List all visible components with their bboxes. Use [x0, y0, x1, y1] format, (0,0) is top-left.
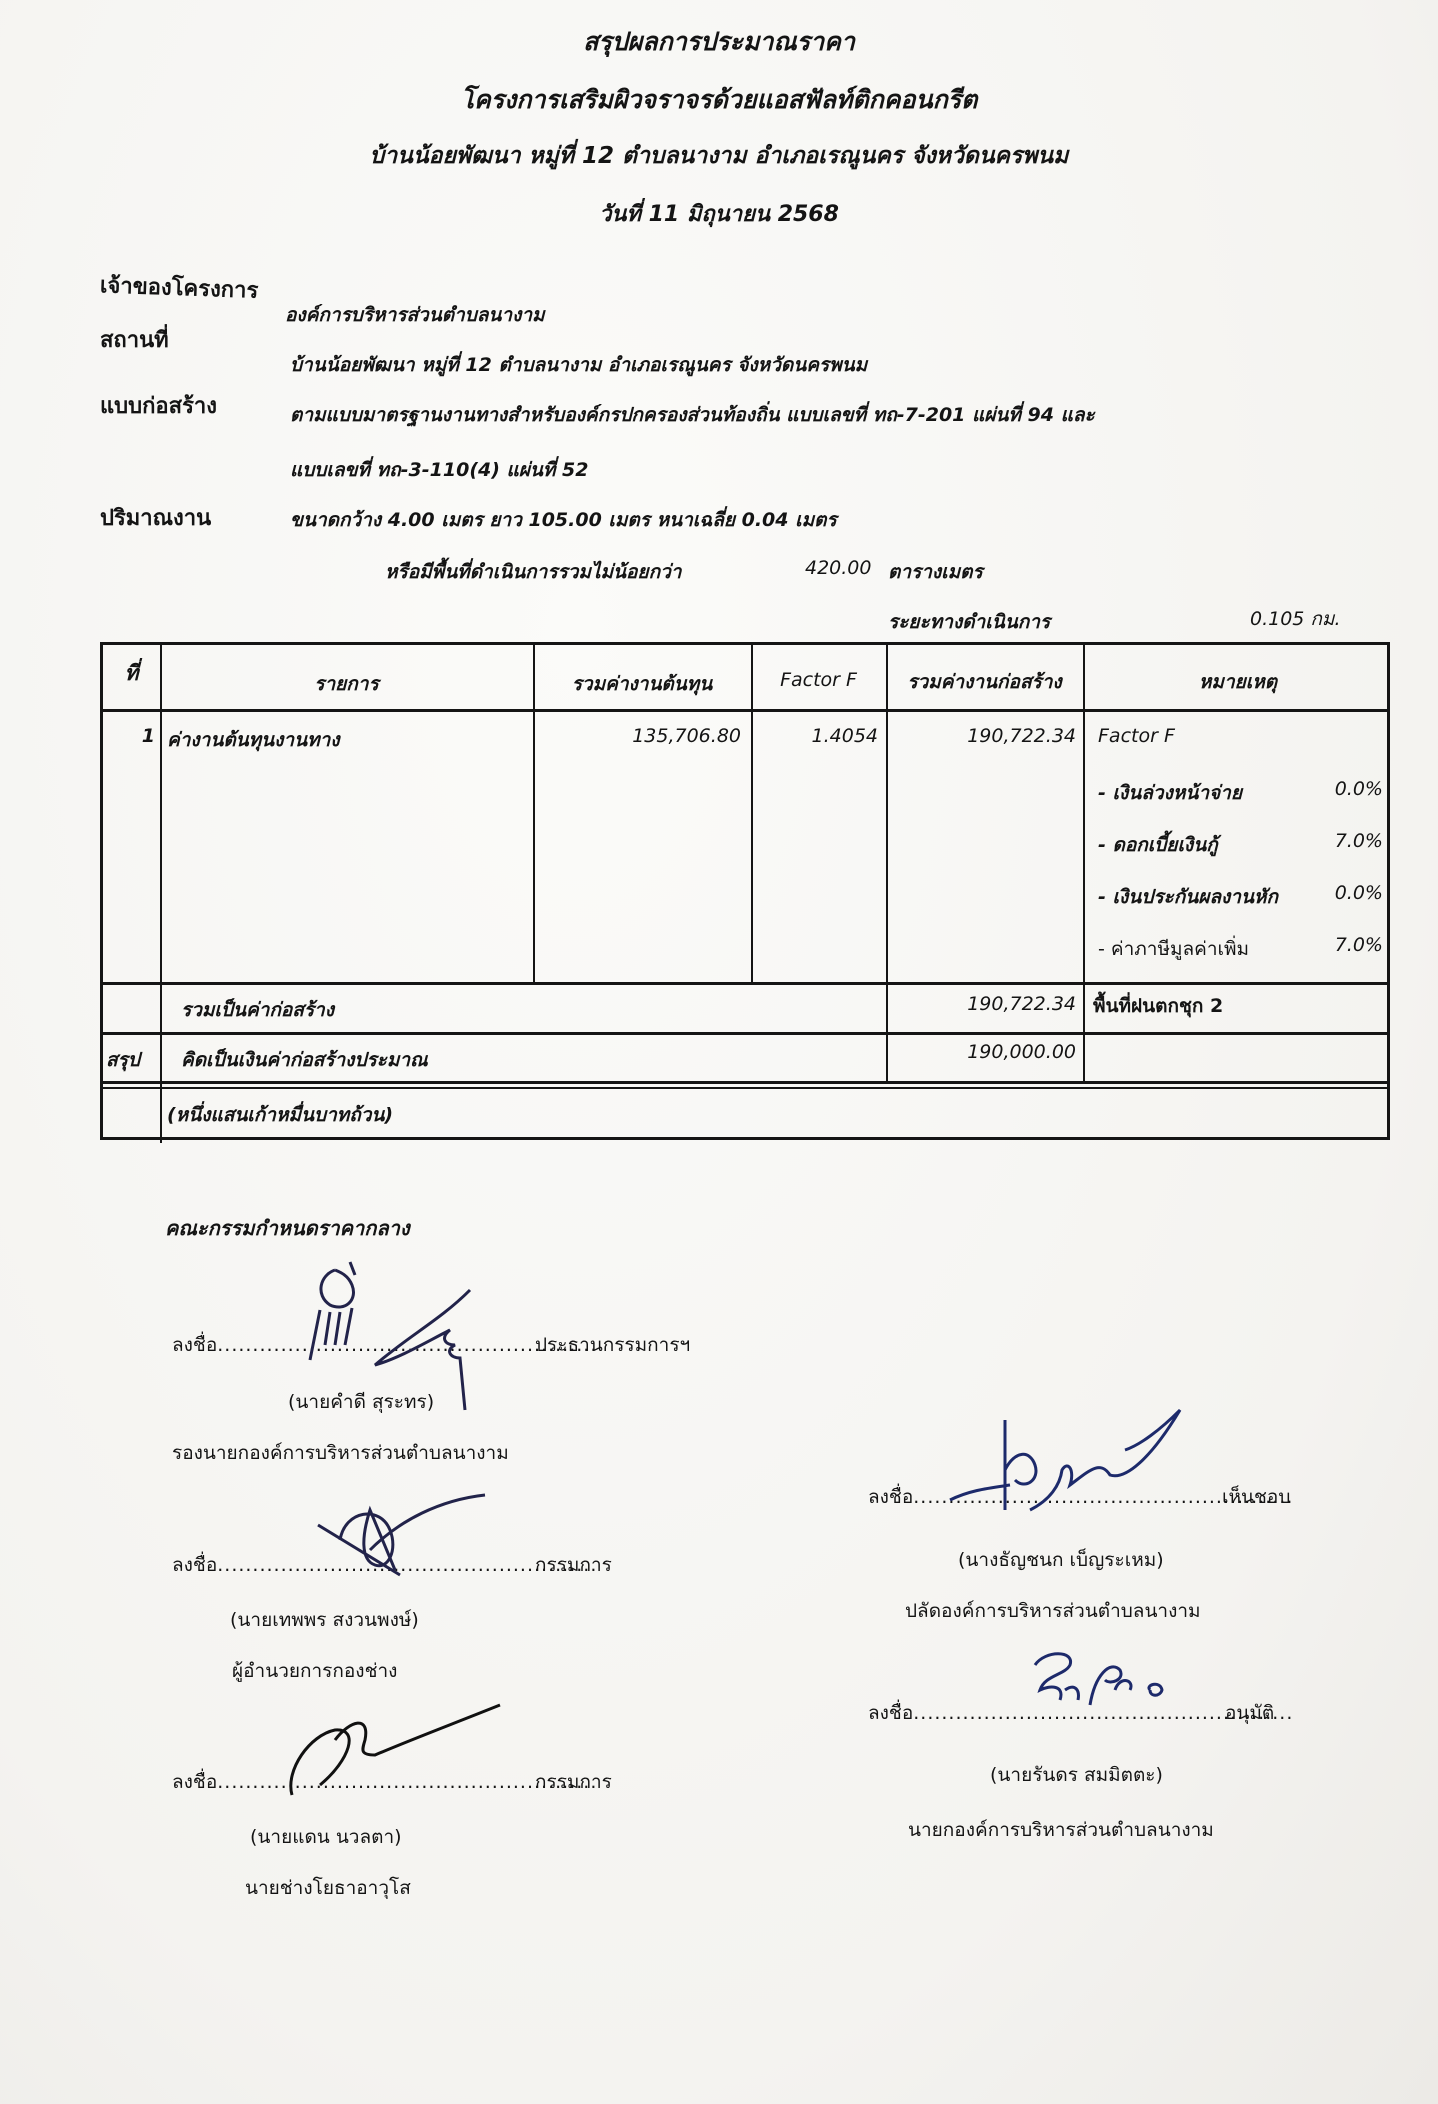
design-label: แบบก่อสร้าง — [100, 388, 217, 423]
document-date: วันที่ 11 มิถุนายน 2568 — [0, 196, 1438, 231]
area-value: 420.00 — [805, 557, 871, 579]
document-page: สรุปผลการประมาณราคา โครงการเสริมผิวจราจร… — [0, 0, 1438, 2104]
approver-name: (นายรันดร สมมิตตะ) — [990, 1760, 1163, 1790]
header-remark: หมายเหตุ — [1083, 667, 1393, 697]
row-cost: 135,706.80 — [533, 725, 741, 747]
design-value-1: ตามแบบมาตรฐานงานทางสำหรับองค์กรปกครองส่ว… — [290, 400, 1095, 430]
summary-value: 190,000.00 — [886, 1041, 1076, 1063]
member-role: ประธานกรรมการฯ — [535, 1330, 690, 1360]
approver-name: (นางธัญชนก เบ็ญระเหม) — [958, 1545, 1164, 1575]
signature-icon — [300, 1490, 500, 1590]
factor-note-label: - ค่าภาษีมูลค่าเพิ่ม — [1098, 934, 1249, 964]
owner-label: เจ้าของโครงการ — [99, 267, 258, 308]
total-remark: พื้นที่ฝนตกชุก 2 — [1093, 991, 1223, 1021]
header-no: ที่ — [103, 657, 160, 690]
row-no: 1 — [103, 725, 155, 747]
member-role: กรรมการ — [535, 1767, 612, 1797]
header-factor: Factor F — [751, 669, 886, 691]
member-position: รองนายกองค์การบริหารส่วนตำบลนางาม — [172, 1438, 509, 1468]
member-name: (นายคำดี สุระทร) — [288, 1387, 434, 1417]
row-remark-title: Factor F — [1098, 725, 1175, 747]
member-name: (นายแดน นวลตา) — [250, 1822, 402, 1852]
factor-note-label: - เงินล่วงหน้าจ่าย — [1098, 778, 1242, 808]
factor-note-label: - ดอกเบี้ยเงินกู้ — [1098, 830, 1218, 860]
header-construction: รวมค่างานก่อสร้าง — [886, 667, 1083, 697]
header-cost: รวมค่างานต้นทุน — [533, 669, 751, 699]
estimate-table: ที่ รายการ รวมค่างานต้นทุน Factor F รวมค… — [100, 642, 1390, 1140]
design-value-2: แบบเลขที่ ทถ-3-110(4) แผ่นที่ 52 — [290, 455, 588, 485]
signature-icon — [280, 1250, 500, 1380]
amount-in-words: (หนึ่งแสนเก้าหมื่นบาทถ้วน) — [167, 1100, 393, 1130]
header-item: รายการ — [160, 669, 533, 699]
distance-value: 0.105 กม. — [1250, 604, 1341, 634]
member-name: (นายเทพพร สงวนพงษ์) — [230, 1605, 419, 1635]
total-value: 190,722.34 — [886, 993, 1076, 1015]
row-item: ค่างานต้นทุนงานทาง — [167, 725, 340, 755]
member-position: ผู้อำนวยการกองช่าง — [232, 1656, 397, 1686]
summary-label: คิดเป็นเงินค่าก่อสร้างประมาณ — [181, 1045, 428, 1075]
factor-note-value: 7.0% — [1283, 830, 1383, 852]
site-value: บ้านน้อยพัฒนา หมู่ที่ 12 ตำบลนางาม อำเภอ… — [290, 350, 867, 380]
factor-note-label: - เงินประกันผลงานหัก — [1098, 882, 1278, 912]
approver-position: นายกองค์การบริหารส่วนตำบลนางาม — [908, 1815, 1214, 1845]
document-title: สรุปผลการประมาณราคา — [0, 22, 1438, 62]
project-location: บ้านน้อยพัฒนา หมู่ที่ 12 ตำบลนางาม อำเภอ… — [0, 138, 1438, 174]
area-label: หรือมีพื้นที่ดำเนินการรวมไม่น้อยกว่า — [385, 557, 681, 587]
area-unit: ตารางเมตร — [888, 557, 983, 587]
row-construction: 190,722.34 — [886, 725, 1076, 747]
owner-value: องค์การบริหารส่วนตำบลนางาม — [285, 300, 545, 330]
signature-icon — [1020, 1645, 1180, 1725]
distance-label: ระยะทางดำเนินการ — [888, 607, 1050, 637]
member-role: กรรมการ — [535, 1550, 612, 1580]
project-name: โครงการเสริมผิวจราจรด้วยแอสฟัลท์ติกคอนกร… — [0, 80, 1438, 120]
quantity-value: ขนาดกว้าง 4.00 เมตร ยาว 105.00 เมตร หนาเ… — [290, 505, 837, 535]
factor-note-value: 7.0% — [1283, 934, 1383, 956]
signature-icon — [950, 1390, 1200, 1530]
factor-note-value: 0.0% — [1283, 882, 1383, 904]
factor-note-value: 0.0% — [1283, 778, 1383, 800]
summary-prefix: สรุป — [106, 1045, 140, 1075]
committee-heading: คณะกรรมกำหนดราคากลาง — [165, 1212, 410, 1244]
member-position: นายช่างโยธาอาวุโส — [245, 1873, 411, 1903]
approver-position: ปลัดองค์การบริหารส่วนตำบลนางาม — [905, 1596, 1201, 1626]
approver-role: เห็นชอบ — [1222, 1482, 1290, 1512]
signature-icon — [280, 1710, 510, 1800]
quantity-label: ปริมาณงาน — [100, 500, 211, 535]
site-label: สถานที่ — [100, 322, 169, 357]
row-factor: 1.4054 — [751, 725, 878, 747]
total-label: รวมเป็นค่าก่อสร้าง — [181, 995, 334, 1025]
approver-role: อนุมัติ — [1225, 1698, 1274, 1728]
